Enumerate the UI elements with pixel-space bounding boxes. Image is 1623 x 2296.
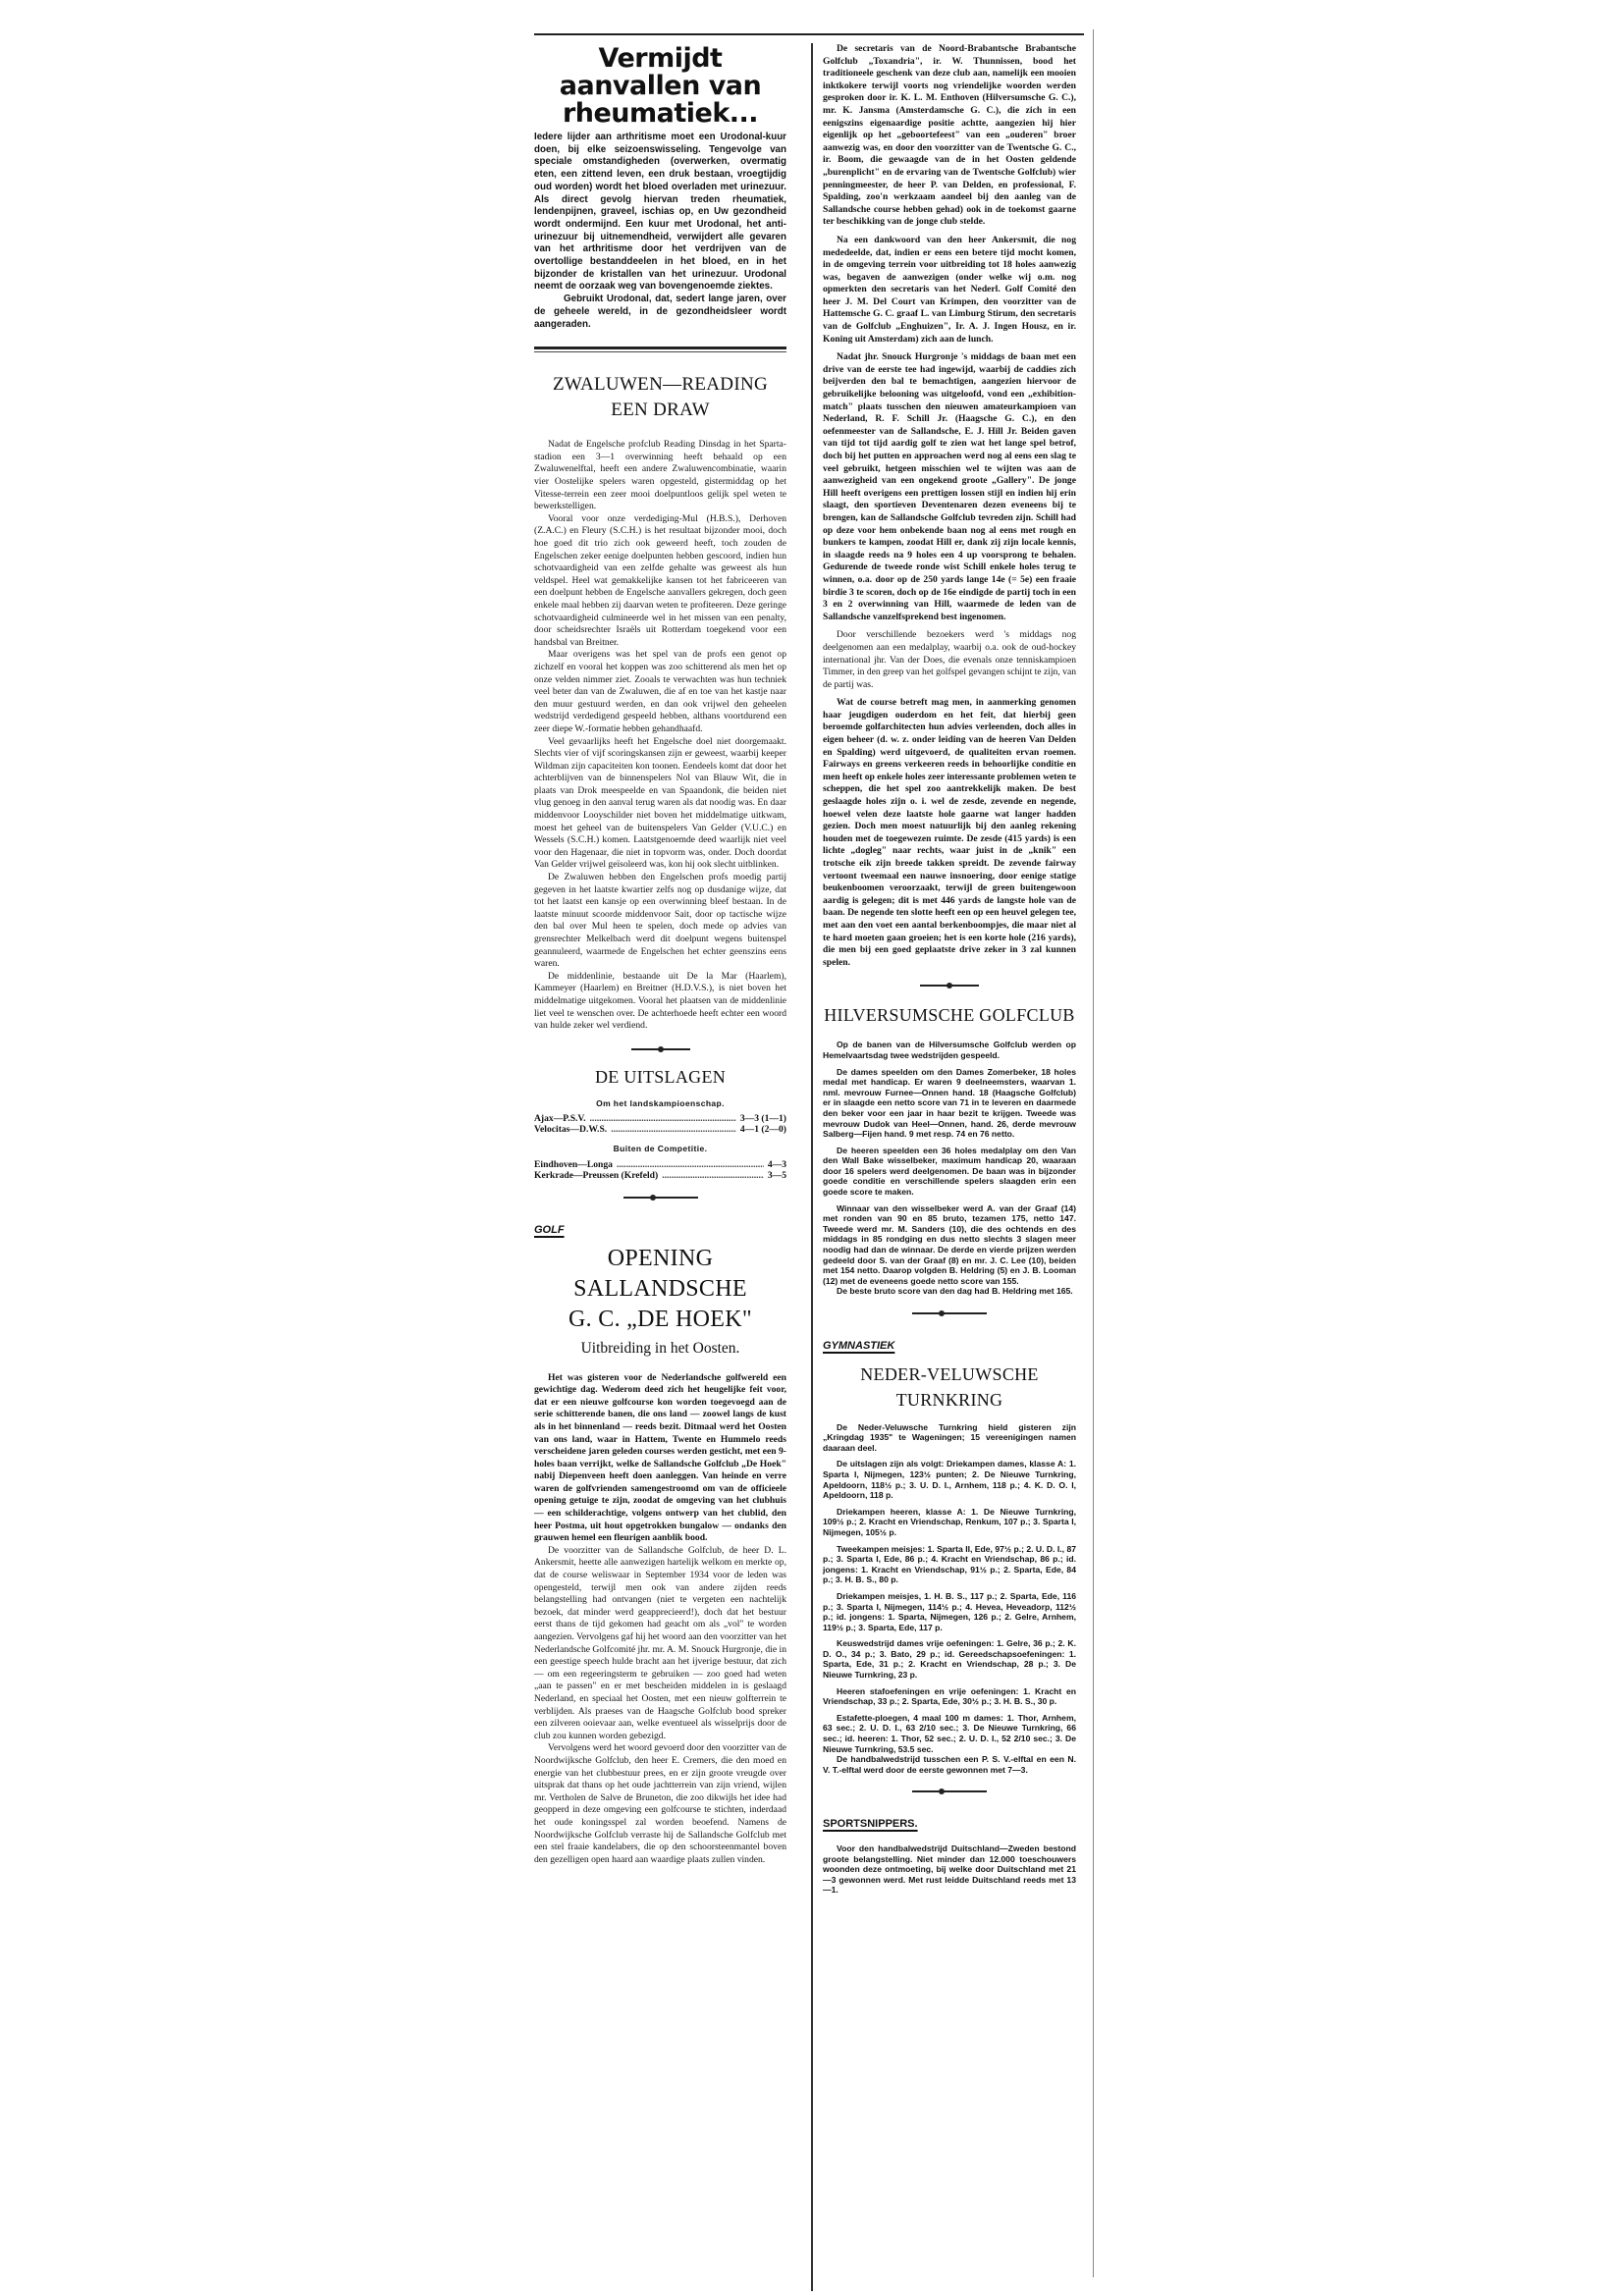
result-match: Ajax—P.S.V. — [534, 1113, 586, 1124]
section-divider-ornament — [631, 1048, 690, 1050]
result-match: Kerkrade—Preussen (Krefeld) — [534, 1170, 658, 1181]
article-paragraph: De handbalwedstrijd tusschen een P. S. V… — [823, 1754, 1076, 1775]
leader-dots — [662, 1170, 764, 1181]
advertisement-urodonal: Vermijdt aanvallen van rheumatiek... Ied… — [534, 45, 786, 352]
article-paragraph: De uitslagen zijn als volgt: Driekampen … — [823, 1459, 1076, 1500]
article-paragraph: Voor den handbalwedstrijd Duitschland—Zw… — [823, 1843, 1076, 1896]
column-divider — [811, 43, 813, 2291]
result-score: 3—5 — [768, 1170, 786, 1181]
article-paragraph: De heeren speelden een 36 holes medalpla… — [823, 1146, 1076, 1198]
article-paragraph: Winnaar van den wisselbeker werd A. van … — [823, 1203, 1076, 1287]
article-paragraph: De secretaris van de Noord-Brabantsche B… — [823, 43, 1076, 229]
article-paragraph: Keuswedstrijd dames vrije oefeningen: 1.… — [823, 1638, 1076, 1680]
left-column: Vermijdt aanvallen van rheumatiek... Ied… — [534, 43, 786, 1866]
result-row: Kerkrade—Preussen (Krefeld) 3—5 — [534, 1170, 786, 1181]
article-paragraph: Driekampen heeren, klasse A: 1. De Nieuw… — [823, 1507, 1076, 1538]
result-score: 4—1 (2—0) — [740, 1124, 786, 1135]
result-score: 4—3 — [768, 1159, 786, 1170]
leader-dots — [617, 1159, 764, 1170]
article-headline-line2: G. C. „DE HOEK" — [534, 1305, 786, 1335]
ad-headline: Vermijdt aanvallen van rheumatiek... — [534, 45, 786, 128]
right-column: De secretaris van de Noord-Brabantsche B… — [823, 43, 1076, 1896]
article-paragraph: De Neder-Veluwsche Turnkring hield giste… — [823, 1422, 1076, 1454]
article-paragraph: Veel gevaarlijks heeft het Engelsche doe… — [534, 736, 786, 873]
article-paragraph: Heeren stafoefeningen en vrije oefeninge… — [823, 1686, 1076, 1707]
ad-closing-text: Gebruikt Urodonal, dat, sedert lange jar… — [534, 294, 786, 331]
result-row: Eindhoven—Longa 4—3 — [534, 1159, 786, 1170]
result-match: Velocitas—D.W.S. — [534, 1124, 607, 1135]
leader-dots — [611, 1124, 736, 1135]
article-paragraph: Het was gisteren voor de Nederlandsche g… — [534, 1372, 786, 1545]
article-zwaluwen-reading: ZWALUWEN—READING EEN DRAW Nadat de Engel… — [534, 372, 786, 1033]
article-golf-opening: GOLF OPENING SALLANDSCHE G. C. „DE HOEK"… — [534, 1208, 786, 1866]
newspaper-page: Vermijdt aanvallen van rheumatiek... Ied… — [0, 0, 1623, 2296]
article-paragraph: Driekampen meisjes, 1. H. B. S., 117 p.;… — [823, 1591, 1076, 1632]
section-label-golf: GOLF — [534, 1224, 565, 1237]
article-paragraph: De Zwaluwen hebben den Engelschen profs … — [534, 872, 786, 971]
article-paragraph: Wat de course betreft mag men, in aanmer… — [823, 697, 1076, 969]
results-group-caption: Buiten de Competitie. — [534, 1143, 786, 1155]
article-headline: ZWALUWEN—READING EEN DRAW — [534, 372, 786, 423]
section-label-sportsnippers: SPORTSNIPPERS. — [823, 1818, 918, 1831]
article-paragraph: Vooral voor onze verdediging-Mul (H.B.S.… — [534, 513, 786, 650]
article-golf-opening-continued: De secretaris van de Noord-Brabantsche B… — [823, 43, 1076, 969]
section-divider-ornament — [912, 1790, 987, 1792]
article-paragraph: Vervolgens werd het woord gevoerd door d… — [534, 1742, 786, 1866]
result-row: Velocitas—D.W.S. 4—1 (2—0) — [534, 1124, 786, 1135]
article-sportsnippers: SPORTSNIPPERS. Voor den handbalwedstrijd… — [823, 1802, 1076, 1896]
article-paragraph: Door verschillende bezoekers werd 's mid… — [823, 629, 1076, 691]
ad-bottom-rule — [534, 347, 786, 349]
result-row: Ajax—P.S.V. 3—3 (1—1) — [534, 1113, 786, 1124]
section-label-gymnastiek: GYMNASTIEK — [823, 1340, 894, 1353]
article-paragraph: De middenlinie, bestaande uit De la Mar … — [534, 971, 786, 1033]
article-paragraph: Maar overigens was het spel van de profs… — [534, 649, 786, 735]
article-paragraph: De beste bruto score van den dag had B. … — [823, 1286, 1076, 1297]
article-paragraph: Estafette-ploegen, 4 maal 100 m dames: 1… — [823, 1713, 1076, 1754]
result-score: 3—3 (1—1) — [740, 1113, 786, 1124]
article-paragraph: De voorzitter van de Sallandsche Golfclu… — [534, 1545, 786, 1743]
article-neder-veluwsche-turnkring: GYMNASTIEK NEDER-VELUWSCHE TURNKRING De … — [823, 1324, 1076, 1775]
article-paragraph: Na een dankwoord van den heer Ankersmit,… — [823, 235, 1076, 346]
article-paragraph: De dames speelden om den Dames Zomerbeke… — [823, 1067, 1076, 1140]
leader-dots — [590, 1113, 736, 1124]
results-group-caption: Om het landskampioenschap. — [534, 1097, 786, 1110]
result-match: Eindhoven—Longa — [534, 1159, 613, 1170]
article-paragraph: Nadat de Engelsche profclub Reading Dins… — [534, 439, 786, 513]
section-divider-ornament — [920, 985, 979, 987]
top-rule — [534, 33, 1084, 35]
article-hilversumsche-golfclub: HILVERSUMSCHE GOLFCLUB Op de banen van d… — [823, 1002, 1076, 1297]
article-paragraph: Tweekampen meisjes: 1. Sparta II, Ede, 9… — [823, 1544, 1076, 1585]
article-headline: HILVERSUMSCHE GOLFCLUB — [823, 1002, 1076, 1028]
article-subheadline: Uitbreiding in het Oosten. — [534, 1339, 786, 1359]
results-box: DE UITSLAGEN Om het landskampioenschap. … — [534, 1064, 786, 1181]
results-headline: DE UITSLAGEN — [534, 1064, 786, 1090]
article-paragraph: Nadat jhr. Snouck Hurgronje 's middags d… — [823, 351, 1076, 623]
article-headline: NEDER-VELUWSCHE TURNKRING — [823, 1362, 1076, 1413]
section-divider-ornament — [623, 1197, 698, 1199]
article-paragraph: Op de banen van de Hilversumsche Golfclu… — [823, 1040, 1076, 1060]
article-headline: OPENING SALLANDSCHE — [534, 1244, 786, 1305]
section-divider-ornament — [912, 1312, 987, 1314]
right-border — [1093, 29, 1094, 2277]
ad-bottom-rule-thin — [534, 351, 786, 352]
ad-body-text: Iedere lijder aan arthritisme moet een U… — [534, 132, 786, 294]
